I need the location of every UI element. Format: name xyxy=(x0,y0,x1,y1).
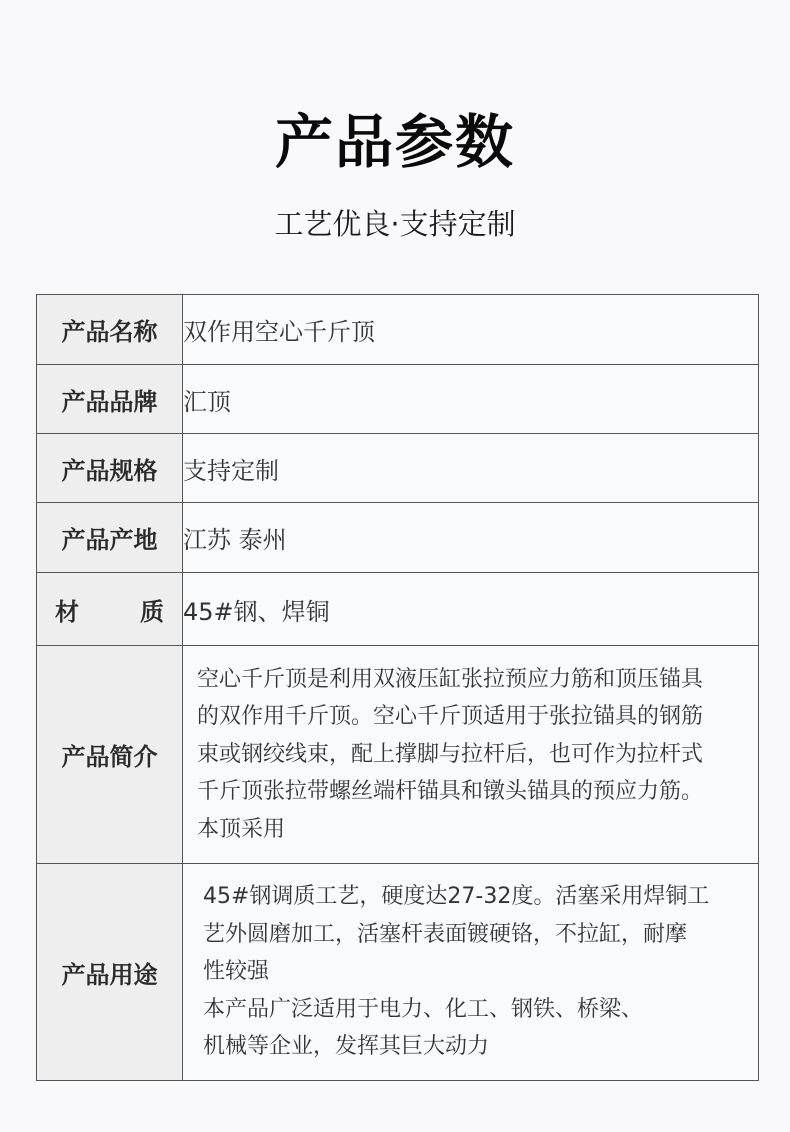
table-row-product-name: 产品名称 双作用空心千斤顶 xyxy=(37,295,759,365)
row-label-part: 质 xyxy=(140,592,164,627)
paragraph-line: 性较强 xyxy=(203,953,748,991)
row-label: 产品产地 xyxy=(37,503,183,573)
paragraph-line: 艺外圆磨加工，活塞杆表面镀硬铬，不拉缸，耐摩 xyxy=(203,916,748,954)
row-label: 产品品牌 xyxy=(37,365,183,434)
row-label: 产品规格 xyxy=(37,434,183,503)
row-value: 汇顶 xyxy=(183,365,759,434)
paragraph-line: 45#钢调质工艺，硬度达27-32度。活塞采用焊铜工 xyxy=(203,878,748,916)
table-row-material: 材 质 45#钢、焊铜 xyxy=(37,573,759,646)
table-row-product-spec: 产品规格 支持定制 xyxy=(37,434,759,503)
row-label: 产品用途 xyxy=(37,864,183,1081)
table-row-product-brand: 产品品牌 汇顶 xyxy=(37,365,759,434)
row-value-paragraph: 空心千斤顶是利用双液压缸张拉预应力筋和顶压锚具 的双作用千斤顶。空心千斤顶适用于… xyxy=(183,646,759,864)
row-label-material: 材 质 xyxy=(37,573,183,646)
paragraph-line: 束或钢绞线束，配上撑脚与拉杆后，也可作为拉杆式 xyxy=(197,736,748,774)
product-params-table: 产品名称 双作用空心千斤顶 产品品牌 汇顶 产品规格 支持定制 产品产地 江苏 … xyxy=(36,294,759,1081)
row-label-part: 材 xyxy=(55,592,79,627)
row-value: 江苏 泰州 xyxy=(183,503,759,573)
page-subtitle: 工艺优良·支持定制 xyxy=(0,203,790,245)
row-value: 45#钢、焊铜 xyxy=(183,573,759,646)
paragraph-line: 本产品广泛适用于电力、化工、钢铁、桥梁、 xyxy=(203,991,748,1029)
row-value-paragraph: 45#钢调质工艺，硬度达27-32度。活塞采用焊铜工 艺外圆磨加工，活塞杆表面镀… xyxy=(183,864,759,1081)
table-row-product-usage: 产品用途 45#钢调质工艺，硬度达27-32度。活塞采用焊铜工 艺外圆磨加工，活… xyxy=(37,864,759,1081)
row-label: 产品名称 xyxy=(37,295,183,365)
row-value: 支持定制 xyxy=(183,434,759,503)
table-row-product-origin: 产品产地 江苏 泰州 xyxy=(37,503,759,573)
row-label: 产品简介 xyxy=(37,646,183,864)
page-title: 产品参数 xyxy=(0,104,790,180)
paragraph-line: 本顶采用 xyxy=(197,811,748,849)
row-value: 双作用空心千斤顶 xyxy=(183,295,759,365)
table-row-product-intro: 产品简介 空心千斤顶是利用双液压缸张拉预应力筋和顶压锚具 的双作用千斤顶。空心千… xyxy=(37,646,759,864)
paragraph-line: 空心千斤顶是利用双液压缸张拉预应力筋和顶压锚具 xyxy=(197,661,748,699)
paragraph-line: 的双作用千斤顶。空心千斤顶适用于张拉锚具的钢筋 xyxy=(197,698,748,736)
paragraph-line: 千斤顶张拉带螺丝端杆锚具和镦头锚具的预应力筋。 xyxy=(197,773,748,811)
paragraph-line: 机械等企业，发挥其巨大动力 xyxy=(203,1028,748,1066)
